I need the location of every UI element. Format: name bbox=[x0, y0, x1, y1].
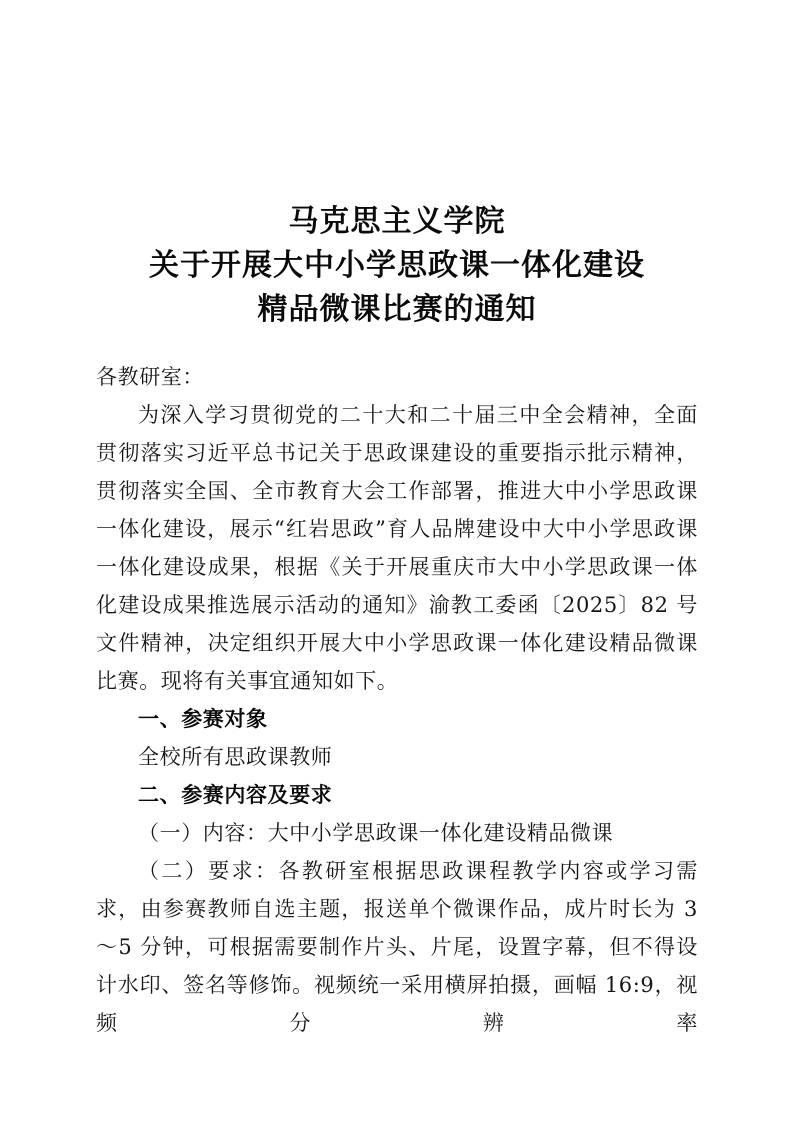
section-2-item-1-content: （一）内容：大中小学思政课一体化建设精品微课 bbox=[96, 814, 698, 852]
document-title: 马克思主义学院 关于开展大中小学思政课一体化建设 精品微课比赛的通知 bbox=[96, 200, 698, 332]
section-2-item-2-requirements: （二）要求：各教研室根据思政课程教学内容或学习需求，由参赛教师自选主题，报送单个… bbox=[96, 852, 698, 1042]
title-line-1: 马克思主义学院 bbox=[96, 200, 698, 244]
section-2-heading: 二、参赛内容及要求 bbox=[96, 776, 698, 814]
document-page: 马克思主义学院 关于开展大中小学思政课一体化建设 精品微课比赛的通知 各教研室：… bbox=[0, 0, 794, 1122]
document-body: 各教研室： 为深入学习贯彻党的二十大和二十届三中全会精神，全面贯彻落实习近平总书… bbox=[96, 358, 698, 1042]
section-1-heading: 一、参赛对象 bbox=[96, 700, 698, 738]
salutation: 各教研室： bbox=[96, 358, 698, 396]
title-line-2: 关于开展大中小学思政课一体化建设 bbox=[96, 244, 698, 288]
section-1-body: 全校所有思政课教师 bbox=[96, 738, 698, 776]
title-line-3: 精品微课比赛的通知 bbox=[96, 288, 698, 332]
intro-paragraph: 为深入学习贯彻党的二十大和二十届三中全会精神，全面贯彻落实习近平总书记关于思政课… bbox=[96, 396, 698, 700]
